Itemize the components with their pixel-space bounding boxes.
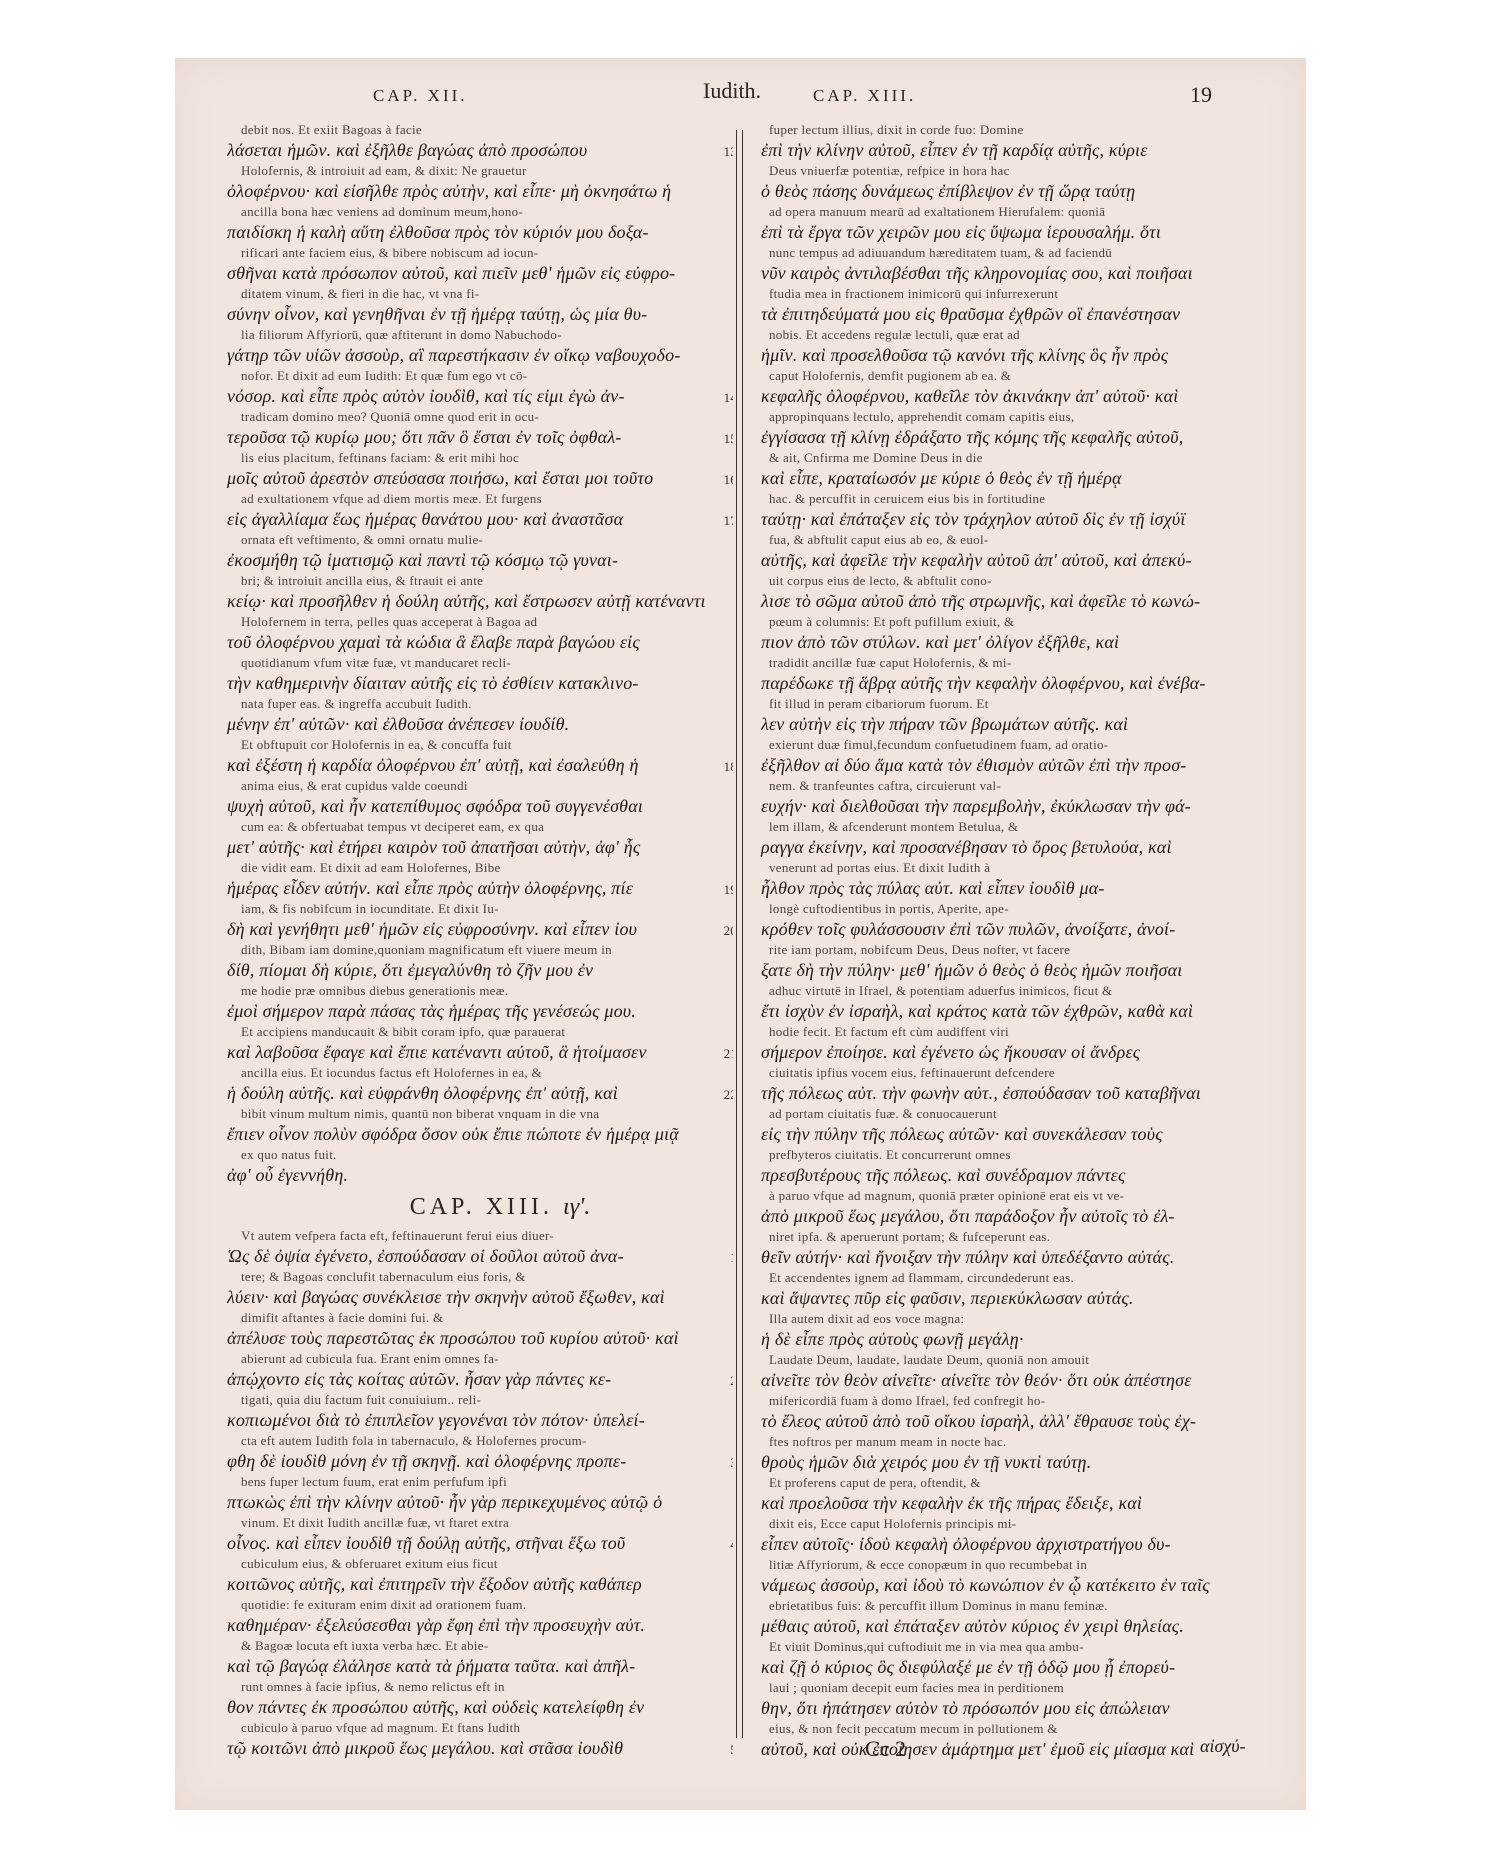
greek-line: ἀφ' οὗ ἐγεννήθη. [227,1163,733,1187]
latin-line: quotidianum vfum vitæ fuæ, vt manducaret… [227,654,733,671]
latin-line: bri; & introiuit ancilla eius, & ftrauit… [227,572,733,589]
latin-line: bibit vinum multum nimis, quantū non bib… [227,1105,733,1122]
column-divider-double-rule [736,130,743,1738]
latin-line: ad opera manuum mearū ad exaltationem Hi… [755,203,1260,220]
greek-line-text: καὶ ζῇ ὁ κύριος ὃς διεφύλαξέ με ἐν τῇ ὁδ… [761,1657,1175,1677]
greek-line: τοῦ ὀλοφέρνου χαμαὶ τὰ κώδια ἃ ἔλαβε παρ… [227,630,733,654]
greek-line: εἰς τὴν πύλην τῆς πόλεως αὐτῶν· καὶ συνε… [755,1122,1260,1146]
verse-number: 2 [730,1369,733,1391]
greek-line-text: νῦν καιρὸς ἀντιλαβέσθαι τῆς κληρονομίας … [761,263,1193,283]
latin-line: fuper lectum illius, dixit in corde fuo:… [755,121,1260,138]
greek-line-text: ξατε δὴ τὴν πύλην· μεθ' ἡμῶν ὁ θεὸς ὁ θε… [761,960,1182,980]
verse-number: 17 [724,509,733,531]
greek-line-text: αὐτοῦ, καὶ οὐκ ἐποίησεν ἁμάρτημα μετ' ἐμ… [761,1739,1194,1759]
greek-line: ὀλοφέρνου· καὶ εἰσῆλθε πρὸς αὐτὴν, καὶ ε… [227,179,733,203]
latin-line: hodie fecit. Et factum eft cùm audiffent… [755,1023,1260,1040]
greek-line-text: σθῆναι κατὰ πρόσωπον αὐτοῦ, καὶ πιεῖν με… [227,263,675,283]
greek-line: ἡμέρας εἶδεν αὐτήν. καὶ εἶπε πρὸς αὐτὴν … [227,876,733,900]
greek-line: γάτηρ τῶν υἱῶν ἀσσοὺρ, αἳ παρεστήκασιν ἐ… [227,343,733,367]
latin-line: fit illud in peram cibariorum fuorum. Et [755,695,1260,712]
left-chapter-label: CAP. XII. [373,86,468,106]
greek-line: ἡ δούλη αὐτῆς. καὶ εὐφράνθη ὀλοφέρνης ἐπ… [227,1081,733,1105]
latin-line: tradicam domino meo? Quoniā omne quod er… [227,408,733,425]
greek-line-text: πρεσβυτέρους τῆς πόλεως. καὶ συνέδραμον … [761,1165,1125,1185]
greek-line-text: τεροῦσα τῷ κυρίῳ μου; ὅτι πᾶν ὃ ἔσται ἐν… [227,427,621,447]
latin-line: cubiculum eius, & obferuaret exitum eius… [227,1555,733,1572]
greek-line-text: δίθ, πίομαι δὴ κύριε, ὅτι ἐμεγαλύνθη τὸ … [227,960,593,980]
latin-line: ftudia mea in fractionem inimicorū qui i… [755,285,1260,302]
greek-line-text: κοπιωμένοι διὰ τὸ ἐπιπλεῖον γεγονέναι τὸ… [227,1410,645,1430]
latin-line: ancilla eius. Et iocundus factus eft Hol… [227,1064,733,1081]
greek-line: λάσεται ἡμῶν. καὶ ἐξῆλθε βαγώας ἀπὸ προσ… [227,138,733,162]
greek-line-text: αἰνεῖτε τὸν θεὸν αἰνεῖτε· αἰνεῖτε τὸν θε… [761,1370,1192,1390]
latin-line: hac. & percuffit in ceruicem eius bis in… [755,490,1260,507]
greek-line-text: ἦλθον πρὸς τὰς πύλας αὐτ. καὶ εἶπεν ἰουδ… [761,878,1105,898]
chapter-heading-greek-numeral: ιγ'. [563,1194,590,1220]
greek-line: μένην ἐπ' αὐτῶν· καὶ ἐλθοῦσα ἀνέπεσεν ἰο… [227,712,733,736]
greek-line: αὐτοῦ, καὶ οὐκ ἐποίησεν ἁμάρτημα μετ' ἐμ… [755,1737,1260,1761]
latin-line: tradidit ancillæ fuæ caput Holofernis, &… [755,654,1260,671]
latin-line: vinum. Et dixit Iudith ancillæ fuæ, vt f… [227,1514,733,1531]
document-page: CAP. XII. Iudith. CAP. XIII. 19 debit no… [175,58,1306,1810]
latin-line: longè cuftodientibus in portis, Aperite,… [755,900,1260,917]
greek-line: λύειν· καὶ βαγώας συνέκλεισε τὴν σκηνὴν … [227,1285,733,1309]
latin-line: iam, & fis nobifcum in iocunditate. Et d… [227,900,733,917]
greek-line: εἰς ἀγαλλίαμα ἕως ἡμέρας θανάτου μου· κα… [227,507,733,531]
latin-line: bens fuper lectum fuum, erat enim perfuf… [227,1473,733,1490]
greek-line: καὶ ζῇ ὁ κύριος ὃς διεφύλαξέ με ἐν τῇ ὁδ… [755,1655,1260,1679]
latin-line: Et viuit Dominus,qui cuftodiuit me in vi… [755,1638,1260,1655]
greek-line-text: καὶ εἶπε, κραταίωσόν με κύριε ὁ θεὸς ἐν … [761,468,1122,488]
latin-line: anima eius, & erat cupidus valde coeundi [227,777,733,794]
greek-line: ἦλθον πρὸς τὰς πύλας αὐτ. καὶ εἶπεν ἰουδ… [755,876,1260,900]
greek-line: ἐκοσμήθη τῷ ἱματισμῷ καὶ παντὶ τῷ κόσμῳ … [227,548,733,572]
greek-line: τεροῦσα τῷ κυρίῳ μου; ὅτι πᾶν ὃ ἔσται ἐν… [227,425,733,449]
verse-number: 16 [724,468,733,490]
greek-line-text: ἀπέλυσε τοὺς παρεστῶτας ἐκ προσώπου τοῦ … [227,1328,679,1348]
latin-line: laui ; quoniam decepit eum facies mea in… [755,1679,1260,1696]
greek-line: ἀπέλυσε τοὺς παρεστῶτας ἐκ προσώπου τοῦ … [227,1326,733,1350]
greek-line: φθη δὲ ἰουδὶθ μόνη ἐν τῇ σκηνῇ. καὶ ὀλοφ… [227,1449,733,1473]
left-column-chapter-xiii-text: Vt autem vefpera facta eft, feftinauerun… [227,1227,733,1760]
latin-line: litiæ Affyriorum, & ecce conopæum in quo… [755,1556,1260,1573]
greek-line: πιον ἀπὸ τῶν στύλων. καὶ μετ' ὀλίγον ἐξῆ… [755,630,1260,654]
greek-line: λισε τὸ σῶμα αὐτοῦ ἀπὸ τῆς στρωμνῆς, καὶ… [755,589,1260,613]
latin-line: Et proferens caput de pera, oftendit, & [755,1474,1260,1491]
greek-line: ἔπιεν οἶνον πολὺν σφόδρα ὅσον οὐκ ἔπιε π… [227,1122,733,1146]
greek-line-text: οἶνος. καὶ εἶπεν ἰουδὶθ τῇ δούλῃ αὐτῆς, … [227,1533,625,1553]
greek-line: εἶπεν αὐτοῖς· ἰδοὺ κεφαλὴ ὀλοφέρνου ἀρχι… [755,1532,1260,1556]
latin-line: me hodie præ omnibus diebus generationis… [227,982,733,999]
greek-line-text: τῆς πόλεως αὐτ. τὴν φωνὴν αὐτ., ἐσπούδασ… [761,1083,1201,1103]
latin-line: Laudate Deum, laudate, laudate Deum, quo… [755,1351,1260,1368]
greek-line-text: ἡμέρας εἶδεν αὐτήν. καὶ εἶπε πρὸς αὐτὴν … [227,878,633,898]
verse-number: 1 [730,1246,733,1268]
greek-line: τῷ κοιτῶνι ἀπὸ μικροῦ ἕως μεγάλου. καὶ σ… [227,1736,733,1760]
latin-line: cta eft autem Iudith fola in tabernaculo… [227,1432,733,1449]
greek-line-text: ἐγγίσασα τῇ κλίνῃ ἐδράξατο τῆς κόμης τῆς… [761,427,1183,447]
greek-line-text: πτωκὼς ἐπὶ τὴν κλίνην αὐτοῦ· ἦν γὰρ περι… [227,1492,662,1512]
greek-line: καὶ ἅψαντες πῦρ εἰς φαῦσιν, περιεκύκλωσα… [755,1286,1260,1310]
greek-line-text: τοῦ ὀλοφέρνου χαμαὶ τὰ κώδια ἃ ἔλαβε παρ… [227,632,640,652]
greek-line: κρόθεν τοῖς φυλάσσουσιν ἐπὶ τῶν πυλῶν, ἀ… [755,917,1260,941]
greek-line: καθημέραν· ἐξελεύσεσθαι γὰρ ἔφη ἐπὶ τὴν … [227,1613,733,1637]
greek-line-text: εἶπεν αὐτοῖς· ἰδοὺ κεφαλὴ ὀλοφέρνου ἀρχι… [761,1534,1171,1554]
greek-line-text: καὶ ἐξέστη ἡ καρδία ὀλοφέρνου ἐπ' αὐτῇ, … [227,755,639,775]
greek-line-text: ἀπῴχοντο εἰς τὰς κοίτας αὐτῶν. ἦσαν γὰρ … [227,1369,611,1389]
latin-line: rite iam portam, nobifcum Deus, Deus nof… [755,941,1260,958]
latin-line: Et accendentes ignem ad flammam, circund… [755,1269,1260,1286]
verse-number: 18 [724,755,733,777]
signature-mark: Cc 2 [865,1736,906,1762]
greek-line-text: καὶ λαβοῦσα ἔφαγε καὶ ἔπιε κατέναντι αὐτ… [227,1042,647,1062]
left-column: debit nos. Et exiit Bagoas à facieλάσετα… [227,121,733,1760]
greek-line-text: κρόθεν τοῖς φυλάσσουσιν ἐπὶ τῶν πυλῶν, ἀ… [761,919,1175,939]
greek-line: κεφαλῆς ὀλοφέρνου, καθεῖλε τὸν ἀκινάκην … [755,384,1260,408]
greek-line-text: ἐκοσμήθη τῷ ἱματισμῷ καὶ παντὶ τῷ κόσμῳ … [227,550,618,570]
chapter-heading: CAP. XIII.ιγ'. [227,1187,733,1227]
latin-line: Illa autem dixit ad eos voce magna: [755,1310,1260,1327]
greek-line-text: γάτηρ τῶν υἱῶν ἀσσοὺρ, αἳ παρεστήκασιν ἐ… [227,345,681,365]
greek-line: λεν αὐτὴν εἰς τὴν πήραν τῶν βρωμάτων αὐτ… [755,712,1260,736]
greek-line-text: ἔτι ἰσχὺν ἐν ἰσραὴλ, καὶ κράτος κατὰ τῶν… [761,1001,1193,1021]
greek-line: καὶ λαβοῦσα ἔφαγε καὶ ἔπιε κατέναντι αὐτ… [227,1040,733,1064]
greek-line: ψυχὴ αὐτοῦ, καὶ ἦν κατεπίθυμος σφόδρα το… [227,794,733,818]
latin-line: Holofernis, & introiuit ad eam, & dixit:… [227,162,733,179]
verse-number: 21 [724,1042,733,1064]
latin-line: ftes noftros per manum meam in nocte hac… [755,1433,1260,1450]
latin-line: adhuc virtutē in Ifrael, & potentiam adu… [755,982,1260,999]
greek-line-text: ταύτῃ· καὶ ἐπάταξεν εἰς τὸν τράχηλον αὐτ… [761,509,1186,529]
greek-line-text: μέθαις αὐτοῦ, καὶ ἐπάταξεν αὐτὸν κύριος … [761,1616,1184,1636]
greek-line-text: ἡμῖν. καὶ προσελθοῦσα τῷ κανόνι τῆς κλίν… [761,345,1168,365]
greek-line-text: ἀπὸ μικροῦ ἕως μεγάλου, ὅτι παράδοξον ἦν… [761,1206,1175,1226]
latin-line: nunc tempus ad adiuuandum hæreditatem tu… [755,244,1260,261]
latin-line: dixit eis, Ecce caput Holofernis princip… [755,1515,1260,1532]
greek-line-text: τὸ ἔλεος αὐτοῦ ἀπὸ τοῦ οἴκου ἰσραὴλ, ἀλλ… [761,1411,1196,1431]
greek-line-text: αὐτῆς, καὶ ἀφεῖλε τὴν κεφαλὴν αὐτοῦ ἀπ' … [761,550,1192,570]
latin-line: lis eius placitum, feftinans faciam: & e… [227,449,733,466]
latin-line: ditatem vinum, & fieri in die hac, vt vn… [227,285,733,302]
greek-line: μοῖς αὐτοῦ ἀρεστὸν σπεύσασα ποιήσω, καὶ … [227,466,733,490]
greek-line: θεῖν αὐτήν· καὶ ἤνοιξαν τὴν πύλην καὶ ὑπ… [755,1245,1260,1269]
verse-number: 19 [724,878,733,900]
latin-line: Vt autem vefpera facta eft, feftinauerun… [227,1227,733,1244]
latin-line: nofor. Et dixit ad eum Iudith: Et quæ fu… [227,367,733,384]
latin-line: eius, & non fecit peccatum mecum in poll… [755,1720,1260,1737]
greek-line-text: δὴ καὶ γενήθητι μεθ' ἡμῶν εἰς εὐφροσύνην… [227,919,637,939]
greek-line-text: νάμεως ἀσσοὺρ, καὶ ἰδοὺ τὸ κωνώπιον ἐν ᾧ… [761,1575,1210,1595]
right-column: fuper lectum illius, dixit in corde fuo:… [755,121,1260,1761]
greek-line-text: Ὡς δὲ ὀψία ἐγένετο, ἐσπούδασαν οἱ δοῦλοι… [227,1246,624,1266]
greek-line: ευχήν· καὶ διελθοῦσαι τὴν παρεμβολὴν, ἐκ… [755,794,1260,818]
greek-line-text: θην, ὅτι ἠπάτησεν αὐτὸν τὸ πρόσωπόν μου … [761,1698,1170,1718]
greek-line-text: παρέδωκε τῇ ἅβρᾳ αὐτῆς τὴν κεφαλὴν ὀλοφέ… [761,673,1206,693]
greek-line-text: ὀλοφέρνου· καὶ εἰσῆλθε πρὸς αὐτὴν, καὶ ε… [227,181,671,201]
greek-line-text: λισε τὸ σῶμα αὐτοῦ ἀπὸ τῆς στρωμνῆς, καὶ… [761,591,1200,611]
greek-line-text: κοιτῶνος αὐτῆς, καὶ ἐπιτηρεῖν τὴν ἔξοδον… [227,1574,642,1594]
greek-line: σήμερον ἐποίησε. καὶ ἐγένετο ὡς ἤκουσαν … [755,1040,1260,1064]
latin-line: debit nos. Et exiit Bagoas à facie [227,121,733,138]
greek-line-text: εἰς τὴν πύλην τῆς πόλεως αὐτῶν· καὶ συνε… [761,1124,1163,1144]
greek-line: ἐπὶ τὰ ἔργα τῶν χειρῶν μου εἰς ὕψωμα ἱερ… [755,220,1260,244]
latin-line: dith, Bibam iam domine,quoniam magnifica… [227,941,733,958]
greek-line: ἐπὶ τὴν κλίνην αὐτοῦ, εἶπεν ἐν τῇ καρδίᾳ… [755,138,1260,162]
greek-line: οἶνος. καὶ εἶπεν ἰουδὶθ τῇ δούλῃ αὐτῆς, … [227,1531,733,1555]
greek-line: ἀπὸ μικροῦ ἕως μεγάλου, ὅτι παράδοξον ἦν… [755,1204,1260,1228]
latin-line: rificari ante faciem eius, & bibere nobi… [227,244,733,261]
catchword: αἰσχύ- [1200,1736,1246,1757]
greek-line: τὸ ἔλεος αὐτοῦ ἀπὸ τοῦ οἴκου ἰσραὴλ, ἀλλ… [755,1409,1260,1433]
greek-line: ἐγγίσασα τῇ κλίνῃ ἐδράξατο τῆς κόμης τῆς… [755,425,1260,449]
latin-line: die vidit eam. Et dixit ad eam Holoferne… [227,859,733,876]
latin-line: fua, & abftulit caput eius ab eo, & euol… [755,531,1260,548]
greek-line: μέθαις αὐτοῦ, καὶ ἐπάταξεν αὐτὸν κύριος … [755,1614,1260,1638]
greek-line: αὐτῆς, καὶ ἀφεῖλε τὴν κεφαλὴν αὐτοῦ ἀπ' … [755,548,1260,572]
greek-line: σύνην οἶνον, καὶ γενηθῆναι ἐν τῇ ἡμέρᾳ τ… [227,302,733,326]
latin-line: Et obftupuit cor Holofernis in ea, & con… [227,736,733,753]
greek-line: καὶ τῷ βαγώᾳ ἐλάλησε κατὰ τὰ ῥήματα ταῦτ… [227,1654,733,1678]
greek-line-text: μοῖς αὐτοῦ ἀρεστὸν σπεύσασα ποιήσω, καὶ … [227,468,653,488]
greek-line-text: σύνην οἶνον, καὶ γενηθῆναι ἐν τῇ ἡμέρᾳ τ… [227,304,647,324]
greek-line: ξατε δὴ τὴν πύλην· μεθ' ἡμῶν ὁ θεὸς ὁ θε… [755,958,1260,982]
greek-line: δίθ, πίομαι δὴ κύριε, ὅτι ἐμεγαλύνθη τὸ … [227,958,733,982]
greek-line: θον πάντες ἐκ προσώπου αὐτῆς, καὶ οὐδεὶς… [227,1695,733,1719]
latin-line: cubiculo à paruo vfque ad magnum. Et fta… [227,1719,733,1736]
greek-line-text: ψυχὴ αὐτοῦ, καὶ ἦν κατεπίθυμος σφόδρα το… [227,796,643,816]
latin-line: caput Holofernis, demfit pugionem ab ea.… [755,367,1260,384]
greek-line: παρέδωκε τῇ ἅβρᾳ αὐτῆς τὴν κεφαλὴν ὀλοφέ… [755,671,1260,695]
latin-line: runt omnes à facie ipfius, & nemo relict… [227,1678,733,1695]
greek-line-text: λεν αὐτὴν εἰς τὴν πήραν τῶν βρωμάτων αὐτ… [761,714,1128,734]
greek-line: κοπιωμένοι διὰ τὸ ἐπιπλεῖον γεγονέναι τὸ… [227,1408,733,1432]
greek-line-text: τῷ κοιτῶνι ἀπὸ μικροῦ ἕως μεγάλου. καὶ σ… [227,1738,623,1758]
latin-line: tere; & Bagoas conclufit tabernaculum ei… [227,1268,733,1285]
greek-line-text: ευχήν· καὶ διελθοῦσαι τὴν παρεμβολὴν, ἐκ… [761,796,1191,816]
latin-line: ancilla bona hæc veniens ad dominum meum… [227,203,733,220]
greek-line: ἐξῆλθον αἱ δύο ἅμα κατὰ τὸν ἐθισμὸν αὐτῶ… [755,753,1260,777]
latin-line: ex quo natus fuit. [227,1146,733,1163]
latin-line: cum ea: & obfertuabat tempus vt decipere… [227,818,733,835]
greek-line: κοιτῶνος αὐτῆς, καὶ ἐπιτηρεῖν τὴν ἔξοδον… [227,1572,733,1596]
greek-line-text: κείῳ· καὶ προσῆλθεν ἡ δούλη αὐτῆς, καὶ ἔ… [227,591,706,611]
greek-line-text: καὶ ἅψαντες πῦρ εἰς φαῦσιν, περιεκύκλωσα… [761,1288,1134,1308]
latin-line: Holofernem in terra, pelles quas acceper… [227,613,733,630]
latin-line: nata fuper eas. & ingreffa accubuit Iudi… [227,695,733,712]
latin-line: & ait, Cnfirma me Domine Deus in die [755,449,1260,466]
greek-line: Ὡς δὲ ὀψία ἐγένετο, ἐσπούδασαν οἱ δοῦλοι… [227,1244,733,1268]
latin-line: prefbyteros ciuitatis. Et concurrerunt o… [755,1146,1260,1163]
greek-line: ἡμῖν. καὶ προσελθοῦσα τῷ κανόνι τῆς κλίν… [755,343,1260,367]
right-column-text: fuper lectum illius, dixit in corde fuo:… [755,121,1260,1761]
latin-line: tigati, quia diu factum fuit conuiuium..… [227,1391,733,1408]
greek-line: νῦν καιρὸς ἀντιλαβέσθαι τῆς κληρονομίας … [755,261,1260,285]
right-chapter-label: CAP. XIII. [813,86,916,106]
latin-line: ornata eft veftimento, & omni ornatu mul… [227,531,733,548]
greek-line-text: ἡ δὲ εἶπε πρὸς αὐτοὺς φωνῇ μεγάλῃ· [761,1329,1024,1349]
greek-line-text: παιδίσκη ἡ καλὴ αὕτη ἐλθοῦσα πρὸς τὸν κύ… [227,222,649,242]
greek-line-text: καθημέραν· ἐξελεύσεσθαι γὰρ ἔφη ἐπὶ τὴν … [227,1615,645,1635]
greek-line-text: πιον ἀπὸ τῶν στύλων. καὶ μετ' ὀλίγον ἐξῆ… [761,632,1119,652]
verse-number: 22 [724,1083,733,1105]
greek-line: νάμεως ἀσσοὺρ, καὶ ἰδοὺ τὸ κωνώπιον ἐν ᾧ… [755,1573,1260,1597]
greek-line-text: καὶ προελοῦσα τὴν κεφαλὴν ἐκ τῆς πήρας ἔ… [761,1493,1142,1513]
greek-line-text: λάσεται ἡμῶν. καὶ ἐξῆλθε βαγώας ἀπὸ προσ… [227,140,587,160]
latin-line: & Bagoæ locuta eft iuxta verba hæc. Et a… [227,1637,733,1654]
latin-line: mifericordiā fuam à domo Ifrael, fed con… [755,1392,1260,1409]
greek-line-text: ἀφ' οὗ ἐγεννήθη. [227,1165,348,1185]
latin-line: dimifit aftantes à facie domini fui. & [227,1309,733,1326]
greek-line: καὶ προελοῦσα τὴν κεφαλὴν ἐκ τῆς πήρας ἔ… [755,1491,1260,1515]
verse-number: 15 [724,427,733,449]
verse-number: 3 [730,1451,733,1473]
verse-number: 20 [724,919,733,941]
greek-line-text: ἡ δούλη αὐτῆς. καὶ εὐφράνθη ὀλοφέρνης ἐπ… [227,1083,618,1103]
greek-line-text: ἐμοὶ σήμερον παρὰ πάσας τὰς ἡμέρας τῆς γ… [227,1001,636,1021]
book-title: Iudith. [703,78,761,104]
greek-line-text: ἔπιεν οἶνον πολὺν σφόδρα ὅσον οὐκ ἔπιε π… [227,1124,679,1144]
chapter-heading-label: CAP. XIII. [410,1194,553,1220]
greek-line: τῆς πόλεως αὐτ. τὴν φωνὴν αὐτ., ἐσπούδασ… [755,1081,1260,1105]
verse-number: 5 [730,1738,733,1760]
greek-line-text: ραγγα ἐκείνην, καὶ προσανέβησαν τὸ ὄρος … [761,837,1172,857]
greek-line: καὶ εἶπε, κραταίωσόν με κύριε ὁ θεὸς ἐν … [755,466,1260,490]
running-head: CAP. XII. Iudith. CAP. XIII. 19 [175,78,1306,118]
latin-line: quotidie: fe exituram enim dixit ad orat… [227,1596,733,1613]
greek-line-text: θεῖν αὐτήν· καὶ ἤνοιξαν τὴν πύλην καὶ ὑπ… [761,1247,1174,1267]
verse-number: 14 [724,386,733,408]
verse-number: 4 [730,1533,733,1555]
greek-line: ἔτι ἰσχὺν ἐν ἰσραὴλ, καὶ κράτος κατὰ τῶν… [755,999,1260,1023]
greek-line-text: θον πάντες ἐκ προσώπου αὐτῆς, καὶ οὐδεὶς… [227,1697,644,1717]
greek-line-text: ἐξῆλθον αἱ δύο ἅμα κατὰ τὸν ἐθισμὸν αὐτῶ… [761,755,1186,775]
latin-line: pœum à columnis: Et poft pufillum exiuit… [755,613,1260,630]
latin-line: ebrietatibus fuis: & percuffit illum Dom… [755,1597,1260,1614]
left-column-chapter-xii-text: debit nos. Et exiit Bagoas à facieλάσετα… [227,121,733,1187]
greek-line: πρεσβυτέρους τῆς πόλεως. καὶ συνέδραμον … [755,1163,1260,1187]
greek-line-text: τὰ ἐπιτηδεύματά μου εἰς θραῦσμα ἐχθρῶν ο… [761,304,1180,324]
greek-line: ἡ δὲ εἶπε πρὸς αὐτοὺς φωνῇ μεγάλῃ·16 [755,1327,1260,1351]
latin-line: Et accipiens manducauit & bibit coram ip… [227,1023,733,1040]
latin-line: nem. & tranfeuntes caftra, circuierunt v… [755,777,1260,794]
greek-line-text: σήμερον ἐποίησε. καὶ ἐγένετο ὡς ἤκουσαν … [761,1042,1140,1062]
greek-line: ὁ θεὸς πάσης δυνάμεως ἐπίβλεψον ἐν τῇ ὥρ… [755,179,1260,203]
greek-line: ἐμοὶ σήμερον παρὰ πάσας τὰς ἡμέρας τῆς γ… [227,999,733,1023]
latin-line: ad exultationem vfque ad diem mortis meæ… [227,490,733,507]
greek-line: δὴ καὶ γενήθητι μεθ' ἡμῶν εἰς εὐφροσύνην… [227,917,733,941]
greek-line-text: θροὺς ἡμῶν διὰ χειρός μου ἐν τῇ νυκτὶ τα… [761,1452,1091,1472]
greek-line: τὰ ἐπιτηδεύματά μου εἰς θραῦσμα ἐχθρῶν ο… [755,302,1260,326]
verse-number: 13 [724,140,733,162]
greek-line: ραγγα ἐκείνην, καὶ προσανέβησαν τὸ ὄρος … [755,835,1260,859]
greek-line: σθῆναι κατὰ πρόσωπον αὐτοῦ, καὶ πιεῖν με… [227,261,733,285]
greek-line: μετ' αὐτῆς· καὶ ἐτήρει καιρὸν τοῦ ἀπατῆσ… [227,835,733,859]
greek-line: κείῳ· καὶ προσῆλθεν ἡ δούλη αὐτῆς, καὶ ἔ… [227,589,733,613]
latin-line: exierunt duæ fimul,fecundum confuetudine… [755,736,1260,753]
greek-line: θην, ὅτι ἠπάτησεν αὐτὸν τὸ πρόσωπόν μου … [755,1696,1260,1720]
greek-line-text: ἐπὶ τὴν κλίνην αὐτοῦ, εἶπεν ἐν τῇ καρδίᾳ… [761,140,1148,160]
greek-line-text: νόσορ. καὶ εἶπε πρὸς αὐτὸν ἰουδὶθ, καὶ τ… [227,386,625,406]
latin-line: venerunt ad portas eius. Et dixit Iudith… [755,859,1260,876]
latin-line: ciuitatis ipfius vocem eius, feftinaueru… [755,1064,1260,1081]
latin-line: niret ipfa. & aperuerunt portam; & fufce… [755,1228,1260,1245]
greek-line: παιδίσκη ἡ καλὴ αὕτη ἐλθοῦσα πρὸς τὸν κύ… [227,220,733,244]
latin-line: appropinquans lectulo, apprehendit comam… [755,408,1260,425]
greek-line-text: φθη δὲ ἰουδὶθ μόνη ἐν τῇ σκηνῇ. καὶ ὀλοφ… [227,1451,626,1471]
greek-line-text: τὴν καθημερινὴν δίαιταν αὐτῆς εἰς τὸ ἐσθ… [227,673,639,693]
latin-line: lem illam, & afcenderunt montem Betulua,… [755,818,1260,835]
latin-line: à paruo vfque ad magnum, quoniā præter o… [755,1187,1260,1204]
greek-line: τὴν καθημερινὴν δίαιταν αὐτῆς εἰς τὸ ἐσθ… [227,671,733,695]
greek-line: θροὺς ἡμῶν διὰ χειρός μου ἐν τῇ νυκτὶ τα… [755,1450,1260,1474]
latin-line: ad portam ciuitatis fuæ. & conuocauerunt [755,1105,1260,1122]
greek-line-text: λύειν· καὶ βαγώας συνέκλεισε τὴν σκηνὴν … [227,1287,665,1307]
greek-line-text: κεφαλῆς ὀλοφέρνου, καθεῖλε τὸν ἀκινάκην … [761,386,1178,406]
greek-line: αἰνεῖτε τὸν θεὸν αἰνεῖτε· αἰνεῖτε τὸν θε… [755,1368,1260,1392]
latin-line: Deus vniuerfæ potentiæ, refpice in hora … [755,162,1260,179]
greek-line: νόσορ. καὶ εἶπε πρὸς αὐτὸν ἰουδὶθ, καὶ τ… [227,384,733,408]
latin-line: lia filiorum Affyriorū, quæ aftiterunt i… [227,326,733,343]
greek-line-text: εἰς ἀγαλλίαμα ἕως ἡμέρας θανάτου μου· κα… [227,509,623,529]
greek-line-text: ἐπὶ τὰ ἔργα τῶν χειρῶν μου εἰς ὕψωμα ἱερ… [761,222,1161,242]
greek-line: ταύτῃ· καὶ ἐπάταξεν εἰς τὸν τράχηλον αὐτ… [755,507,1260,531]
greek-line: ἀπῴχοντο εἰς τὰς κοίτας αὐτῶν. ἦσαν γὰρ … [227,1367,733,1391]
latin-line: abierunt ad cubicula fua. Erant enim omn… [227,1350,733,1367]
greek-line-text: μένην ἐπ' αὐτῶν· καὶ ἐλθοῦσα ἀνέπεσεν ἰο… [227,714,569,734]
latin-line: uit corpus eius de lecto, & abftulit con… [755,572,1260,589]
greek-line: καὶ ἐξέστη ἡ καρδία ὀλοφέρνου ἐπ' αὐτῇ, … [227,753,733,777]
greek-line-text: καὶ τῷ βαγώᾳ ἐλάλησε κατὰ τὰ ῥήματα ταῦτ… [227,1656,635,1676]
latin-line: nobis. Et accedens regulæ lectuli, quæ e… [755,326,1260,343]
page-number: 19 [1190,82,1212,108]
greek-line-text: μετ' αὐτῆς· καὶ ἐτήρει καιρὸν τοῦ ἀπατῆσ… [227,837,640,857]
greek-line: πτωκὼς ἐπὶ τὴν κλίνην αὐτοῦ· ἦν γὰρ περι… [227,1490,733,1514]
greek-line-text: ὁ θεὸς πάσης δυνάμεως ἐπίβλεψον ἐν τῇ ὥρ… [761,181,1135,201]
